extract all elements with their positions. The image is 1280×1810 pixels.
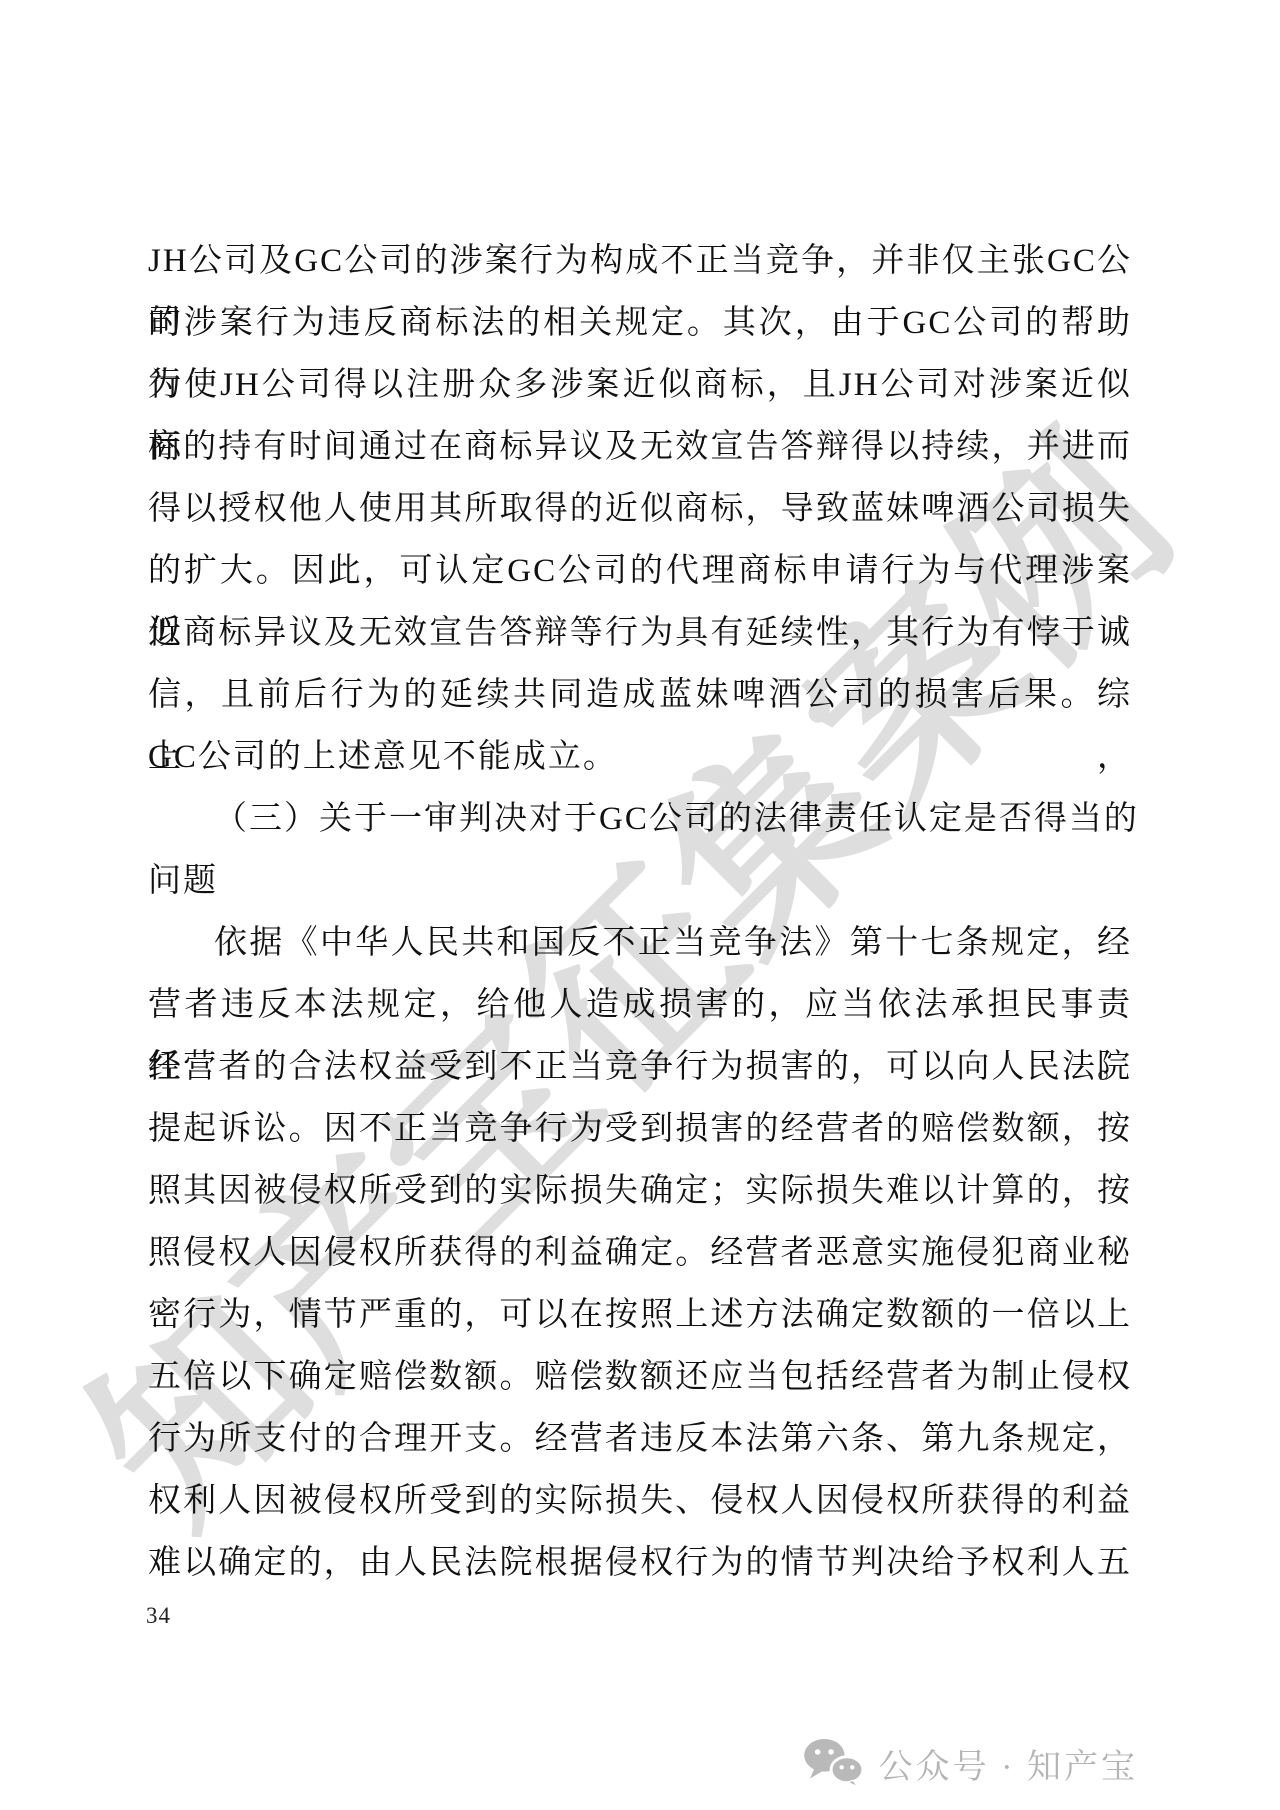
footer-branding: 公众号 · 知产宝 bbox=[803, 1738, 1138, 1788]
document-line: 标的持有时间通过在商标异议及无效宣告答辩得以持续，并进而 bbox=[148, 416, 1132, 478]
document-line: 为使JH公司得以注册众多涉案近似商标，且JH公司对涉案近似商 bbox=[148, 354, 1132, 416]
document-line: JH公司及GC公司的涉案行为构成不正当竞争，并非仅主张GC公司 bbox=[148, 230, 1132, 292]
document-line: 权利人因被侵权所受到的实际损失、侵权人因侵权所获得的利益 bbox=[148, 1470, 1132, 1532]
document-line: 难以确定的，由人民法院根据侵权行为的情节判决给予权利人五 bbox=[148, 1532, 1132, 1594]
document-line: 似商标异议及无效宣告答辩等行为具有延续性，其行为有悖于诚 bbox=[148, 602, 1132, 664]
document-line: 问题 bbox=[148, 850, 1132, 912]
document-line: 的涉案行为违反商标法的相关规定。其次，由于GC公司的帮助行 bbox=[148, 292, 1132, 354]
document-line: 行为所支付的合理开支。经营者违反本法第六条、第九条规定， bbox=[148, 1408, 1132, 1470]
document-line: 得以授权他人使用其所取得的近似商标，导致蓝妹啤酒公司损失 bbox=[148, 478, 1132, 540]
document-line: 营者违反本法规定，给他人造成损害的，应当依法承担民事责任。 bbox=[148, 974, 1132, 1036]
document-body: JH公司及GC公司的涉案行为构成不正当竞争，并非仅主张GC公司的涉案行为违反商标… bbox=[148, 230, 1132, 1594]
page-number: 34 bbox=[146, 1603, 171, 1629]
document-line: 提起诉讼。因不正当竞争行为受到损害的经营者的赔偿数额，按 bbox=[148, 1098, 1132, 1160]
document-line: （三）关于一审判决对于GC公司的法律责任认定是否得当的 bbox=[148, 788, 1132, 850]
document-line: 信，且前后行为的延续共同造成蓝妹啤酒公司的损害后果。综上， bbox=[148, 664, 1132, 726]
document-line: 五倍以下确定赔偿数额。赔偿数额还应当包括经营者为制止侵权 bbox=[148, 1346, 1132, 1408]
footer-label: 公众号 · 知产宝 bbox=[879, 1739, 1138, 1788]
document-line: 经营者的合法权益受到不正当竞争行为损害的，可以向人民法院 bbox=[148, 1036, 1132, 1098]
document-line: 照侵权人因侵权所获得的利益确定。经营者恶意实施侵犯商业秘 bbox=[148, 1222, 1132, 1284]
document-line: 的扩大。因此，可认定GC公司的代理商标申请行为与代理涉案近 bbox=[148, 540, 1132, 602]
document-line: 照其因被侵权所受到的实际损失确定；实际损失难以计算的，按 bbox=[148, 1160, 1132, 1222]
document-line: 密行为，情节严重的，可以在按照上述方法确定数额的一倍以上 bbox=[148, 1284, 1132, 1346]
document-line: 依据《中华人民共和国反不正当竞争法》第十七条规定，经 bbox=[148, 912, 1132, 974]
wechat-icon bbox=[803, 1738, 865, 1788]
